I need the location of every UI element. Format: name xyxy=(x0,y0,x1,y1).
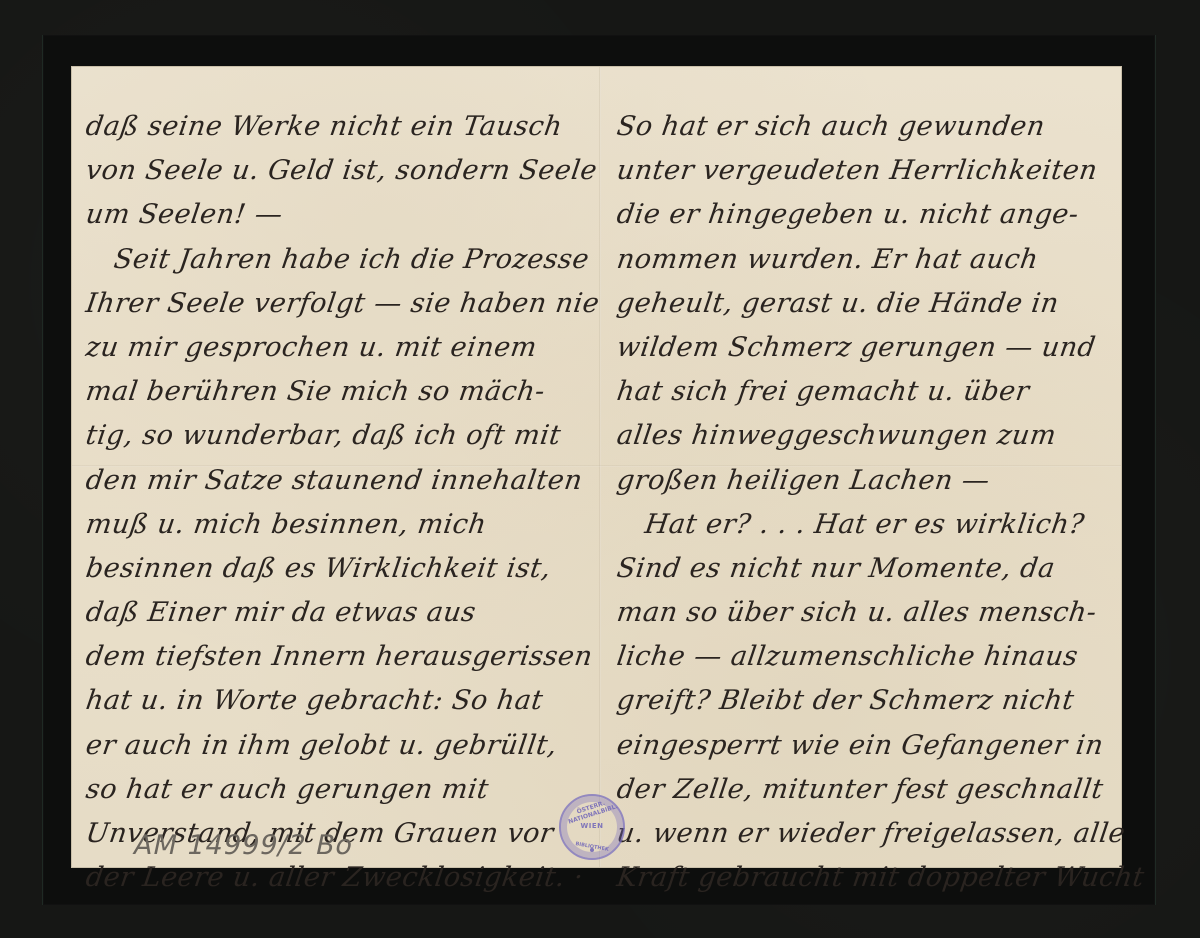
handwritten-line: Seit Jahren habe ich die Prozesse xyxy=(83,238,589,282)
handwritten-line: Hat er? . . . Hat er es wirklich? xyxy=(614,503,1115,547)
handwritten-line: von Seele u. Geld ist, sondern Seele xyxy=(83,149,589,193)
handwritten-line: großen heiligen Lachen — xyxy=(614,459,1115,503)
handwritten-line: daß seine Werke nicht ein Tausch xyxy=(83,105,589,149)
handwritten-line: dem tiefsten Innern herausgerissen xyxy=(83,635,589,679)
handwritten-line: besinnen daß es Wirklichkeit ist, xyxy=(83,547,589,591)
right-page: So hat er sich auch gewunden unter verge… xyxy=(617,105,1112,900)
handwritten-line: eingesperrt wie ein Gefangener in xyxy=(614,724,1115,768)
handwritten-line: mal berühren Sie mich so mäch- xyxy=(83,370,589,414)
handwritten-line: den mir Satze staunend innehalten xyxy=(83,459,589,503)
handwritten-line: um Seelen! — xyxy=(83,193,589,237)
stamp-dot-icon xyxy=(590,848,594,852)
handwritten-line: Ihrer Seele verfolgt — sie haben nie xyxy=(83,282,589,326)
handwritten-line: hat sich frei gemacht u. über xyxy=(614,370,1115,414)
handwritten-line: die er hingegeben u. nicht ange- xyxy=(614,193,1115,237)
handwritten-line: man so über sich u. alles mensch- xyxy=(614,591,1115,635)
handwritten-line: unter vergeudeten Herrlichkeiten xyxy=(614,149,1115,193)
handwritten-line: so hat er auch gerungen mit xyxy=(83,768,589,812)
center-fold xyxy=(599,67,601,867)
handwritten-line: zu mir gesprochen u. mit einem xyxy=(83,326,589,370)
left-page: daß seine Werke nicht ein Tausch von See… xyxy=(86,105,586,900)
handwritten-line: u. wenn er wieder freigelassen, alle xyxy=(614,812,1115,856)
handwritten-line: der Leere u. aller Zwecklosigkeit. · xyxy=(83,856,589,900)
handwritten-line: hat u. in Worte gebracht: So hat xyxy=(83,679,589,723)
handwritten-line: daß Einer mir da etwas aus xyxy=(83,591,589,635)
handwritten-line: muß u. mich besinnen, mich xyxy=(83,503,589,547)
handwritten-line: liche — allzumenschliche hinaus xyxy=(614,635,1115,679)
pencil-shelfmark: AM 14999/2 Bo xyxy=(131,830,357,861)
handwritten-line: geheult, gerast u. die Hände in xyxy=(614,282,1115,326)
handwritten-line: alles hinweggeschwungen zum xyxy=(614,414,1115,458)
handwritten-line: wildem Schmerz gerungen — und xyxy=(614,326,1115,370)
letter-sheet: daß seine Werke nicht ein Tausch von See… xyxy=(72,67,1121,867)
handwritten-line: greift? Bleibt der Schmerz nicht xyxy=(614,679,1115,723)
handwritten-line: der Zelle, mitunter fest geschnallt xyxy=(614,768,1115,812)
library-stamp: ÖSTERR. NATIONALBIBL. WIEN BIBLIOTHEK xyxy=(559,794,625,860)
handwritten-line: Sind es nicht nur Momente, da xyxy=(614,547,1115,591)
handwritten-line: So hat er sich auch gewunden xyxy=(614,105,1115,149)
handwritten-line: tig, so wunderbar, daß ich oft mit xyxy=(83,414,589,458)
handwritten-line: er auch in ihm gelobt u. gebrüllt, xyxy=(83,724,589,768)
stamp-center-text: WIEN xyxy=(561,822,623,830)
handwritten-line: Kraft gebraucht mit doppelter Wucht xyxy=(614,856,1115,900)
handwritten-line: nommen wurden. Er hat auch xyxy=(614,238,1115,282)
